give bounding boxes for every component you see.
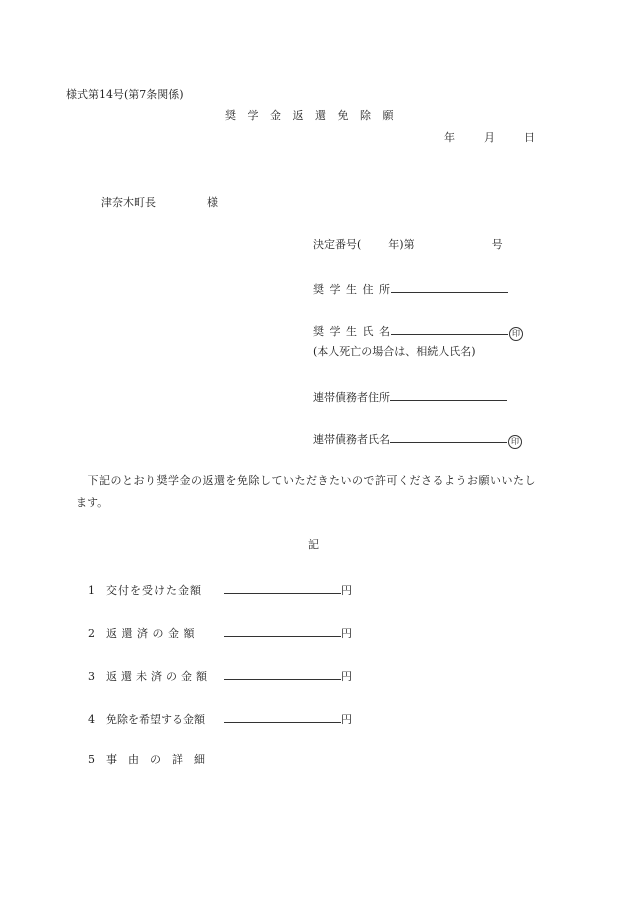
item-row: 2返 還 済 の 金 額円 — [88, 624, 352, 641]
guarantor-name-label: 連帯債務者氏名 — [313, 433, 390, 446]
yen-unit: 円 — [341, 584, 352, 597]
month-label: 月 — [484, 131, 495, 144]
item-label: 免除を希望する金額 — [106, 713, 224, 727]
day-label: 日 — [524, 131, 535, 144]
item-number: 3 — [88, 670, 106, 684]
document-title: 奨 学 金 返 還 免 除 願 — [225, 109, 397, 123]
guarantor-name-row: 連帯債務者氏名印 — [313, 430, 522, 449]
yen-unit: 円 — [341, 627, 352, 640]
decision-number-suffix: 号 — [492, 238, 503, 251]
amount-field[interactable] — [224, 624, 341, 637]
amount-field[interactable] — [224, 581, 341, 594]
seal-icon: 印 — [508, 435, 522, 449]
student-name-label: 奨 学 生 氏 名 — [313, 325, 391, 338]
item-row: 3返還未済の金額円 — [88, 667, 352, 684]
addressee-honorific: 様 — [207, 196, 218, 209]
student-address-field[interactable] — [391, 280, 508, 293]
body-text-line2: ます。 — [76, 496, 108, 510]
item-label: 返 還 済 の 金 額 — [106, 627, 224, 641]
seal-icon: 印 — [509, 327, 523, 341]
student-address-row: 奨 学 生 住 所 — [313, 280, 508, 297]
item-label: 事 由 の 詳 細 — [106, 753, 224, 767]
decision-number-prefix: 決定番号( — [313, 238, 361, 251]
amount-field[interactable] — [224, 667, 341, 680]
form-number: 様式第14号(第7条関係) — [66, 88, 184, 102]
addressee: 津奈木町長 様 — [101, 196, 218, 210]
item-label: 交付を受けた金額 — [106, 584, 224, 598]
item-row: 1交付を受けた金額円 — [88, 581, 352, 598]
yen-unit: 円 — [341, 670, 352, 683]
addressee-name: 津奈木町長 — [101, 196, 156, 209]
body-text-line1: 下記のとおり奨学金の返還を免除していただきたいので許可くださるようお願いいたし — [76, 474, 536, 488]
item-number: 2 — [88, 627, 106, 641]
amount-field[interactable] — [224, 710, 341, 723]
decision-number-year-label: 年)第 — [388, 238, 414, 251]
date-line: 年 月 日 — [444, 131, 535, 145]
year-label: 年 — [444, 131, 455, 144]
student-name-field[interactable] — [391, 322, 508, 335]
student-address-label: 奨 学 生 住 所 — [313, 283, 391, 296]
guarantor-name-field[interactable] — [390, 430, 507, 443]
student-name-row: 奨 学 生 氏 名印 — [313, 322, 523, 341]
item-number: 4 — [88, 713, 106, 727]
decision-number: 決定番号( 年)第 号 — [313, 238, 503, 252]
item-label: 返還未済の金額 — [106, 670, 224, 684]
guarantor-address-row: 連帯債務者住所 — [313, 388, 507, 405]
yen-unit: 円 — [341, 713, 352, 726]
item-row: 4免除を希望する金額円 — [88, 710, 352, 727]
guarantor-address-field[interactable] — [390, 388, 507, 401]
item-row: 5事 由 の 詳 細 — [88, 753, 224, 767]
item-number: 1 — [88, 584, 106, 598]
ki-heading: 記 — [308, 538, 319, 552]
item-number: 5 — [88, 753, 106, 767]
guarantor-address-label: 連帯債務者住所 — [313, 391, 390, 404]
student-name-note: (本人死亡の場合は、相続人氏名) — [313, 345, 476, 359]
